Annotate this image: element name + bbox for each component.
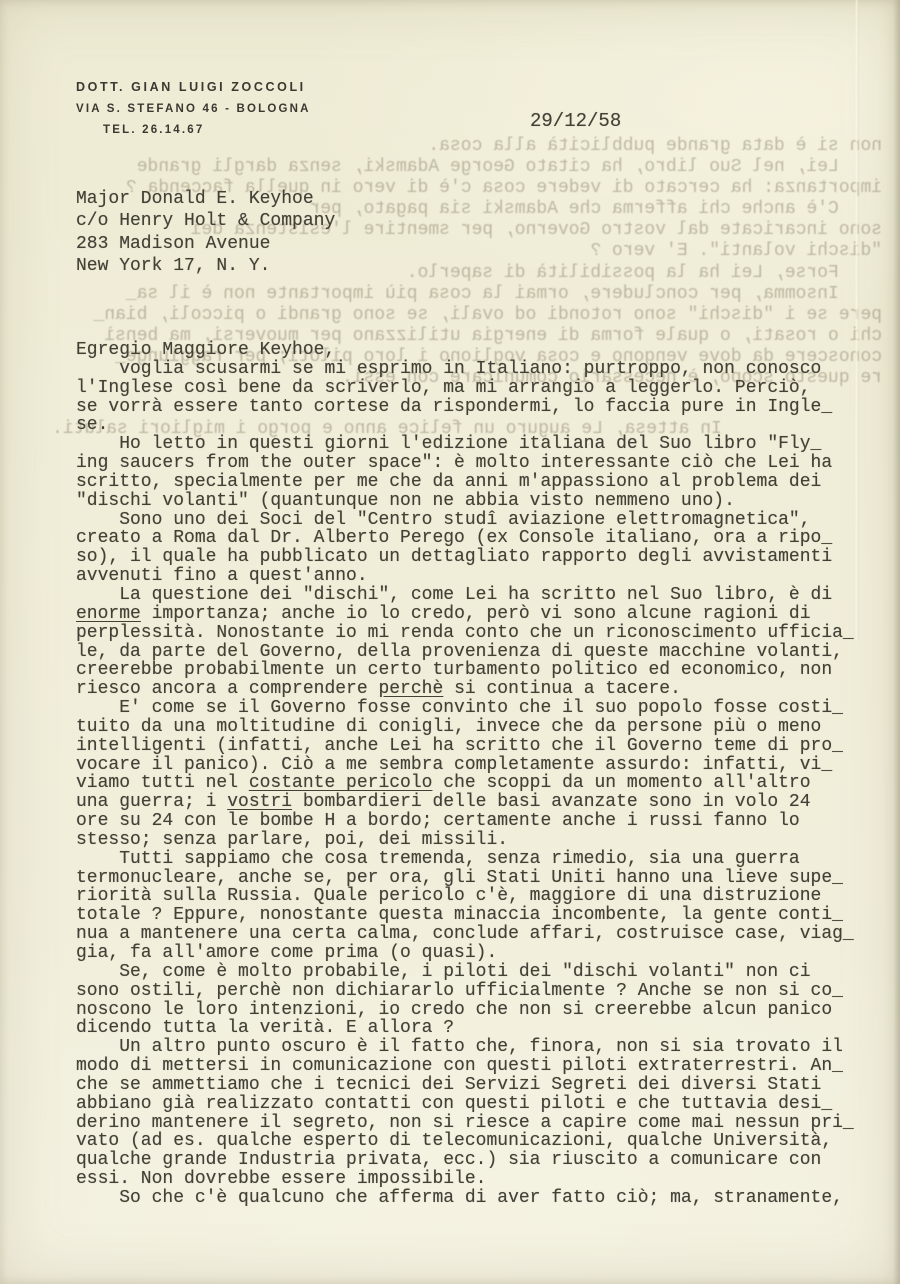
letterhead-address: VIA S. STEFANO 46 - BOLOGNA (76, 103, 311, 115)
text-line: sono ostili, perchè non dichiararlo uffi… (76, 982, 854, 1001)
text-line: essi. Non dovrebbe essere impossibile. (76, 1170, 854, 1189)
text-line: totale ? Eppure, nonostante questa minac… (76, 906, 854, 925)
letterhead-name: DOTT. GIAN LUIGI ZOCCOLI (76, 80, 311, 94)
text-line: E' come se il Governo fosse convinto che… (76, 699, 854, 718)
text-line: "dischi volanti" (quantunque non ne abbi… (76, 492, 854, 511)
text-line: voglia scusarmi se mi esprimo in Italian… (76, 360, 854, 379)
text-line: qualche grande Industria privata, ecc.) … (76, 1151, 854, 1170)
text-line: Major Donald E. Keyhoe (76, 188, 335, 210)
text-line: Ho letto in questi giorni l'edizione ita… (76, 435, 854, 454)
text-line: modo di mettersi in comunicazione con qu… (76, 1057, 854, 1076)
text-line: nua a mantenere una certa calma, conclud… (76, 925, 854, 944)
text-line: termonucleare, anche se, per ora, gli St… (76, 869, 854, 888)
letterhead: DOTT. GIAN LUIGI ZOCCOLI VIA S. STEFANO … (76, 80, 311, 136)
text-line: le, da parte del Governo, della provenie… (76, 643, 854, 662)
text-line: ing saucers from the outer space": è mol… (76, 454, 854, 473)
text-line: Tutti sappiamo che cosa tremenda, senza … (76, 850, 854, 869)
text-line: che se ammettiamo che i tecnici dei Serv… (76, 1076, 854, 1095)
text-line: creerebbe probabilmente un certo turbame… (76, 661, 854, 680)
text-line: riesco ancora a comprendere perchè si co… (76, 680, 854, 699)
text-line: non si è data grande pubblicità alla cos… (62, 136, 882, 157)
text-line: gia, fa all'amore come prima (o quasi). (76, 944, 854, 963)
text-line: avvenuti fino a quest'anno. (76, 567, 854, 586)
text-line: l'Inglese così bene da scriverlo, ma mi … (76, 379, 854, 398)
text-line: creato a Roma dal Dr. Alberto Perego (ex… (76, 529, 854, 548)
recipient-address: Major Donald E. Keyhoec/o Henry Holt & C… (76, 188, 335, 277)
letter-page: non si è data grande pubblicità alla cos… (0, 0, 900, 1284)
text-line: viamo tutti nel costante pericolo che sc… (76, 774, 854, 793)
letter-body: Egregio Maggiore Keyhoe, voglia scusarmi… (76, 341, 854, 1208)
text-line: vocare il panico). Ciò a me sembra compl… (76, 756, 854, 775)
paper-edge-shadow (893, 0, 900, 1284)
letterhead-phone: TEL. 26.14.67 (103, 124, 311, 136)
text-line: se vorrà essere tanto cortese da rispond… (76, 398, 854, 417)
text-line: Un altro punto oscuro è il fatto che, fi… (76, 1038, 854, 1057)
paper-crease (855, 0, 859, 640)
text-line: derino mantenere il segreto, non si ries… (76, 1114, 854, 1133)
text-line: 283 Madison Avenue (76, 233, 335, 255)
text-line: enorme importanza; anche io lo credo, pe… (76, 605, 854, 624)
text-line: una guerra; i vostri bombardieri delle b… (76, 793, 854, 812)
text-line: c/o Henry Holt & Company (76, 210, 335, 232)
text-line: dicendo tutta la verità. E allora ? (76, 1019, 854, 1038)
text-line: intelligenti (infatti, anche Lei ha scri… (76, 737, 854, 756)
text-line: so), il quale ha pubblicato un dettaglia… (76, 548, 854, 567)
text-line: tuito da una moltitudine di conigli, inv… (76, 718, 854, 737)
text-line: se. (76, 416, 854, 435)
text-line: noscono le loro intenzioni, io credo che… (76, 1001, 854, 1020)
text-line: Sono uno dei Soci del "Centro studî avia… (76, 511, 854, 530)
text-line: ore su 24 con le bombe H a bordo; certam… (76, 812, 854, 831)
text-line: riorità sulla Russia. Quale pericolo c'è… (76, 887, 854, 906)
text-line: scritto, specialmente per me che da anni… (76, 473, 854, 492)
text-line: perplessità. Nonostante io mi renda cont… (76, 624, 854, 643)
text-line: stesso; senza parlare, poi, dei missili. (76, 831, 854, 850)
text-line: abbiano già realizzato contatti con ques… (76, 1095, 854, 1114)
text-line: Insomma, per concludere, ormai la cosa p… (62, 284, 882, 305)
text-line: La questione dei "dischi", come Lei ha s… (76, 586, 854, 605)
text-line: Egregio Maggiore Keyhoe, (76, 341, 854, 360)
text-line: So che c'è qualcuno che afferma di aver … (76, 1189, 854, 1208)
text-line: Se, come è molto probabile, i piloti dei… (76, 963, 854, 982)
text-line: pere se i "dischi" sono rotondi od ovali… (62, 305, 882, 326)
text-line: Lei, nel Suo libro, ha citato George Ada… (62, 157, 882, 178)
text-line: vato (ad es. qualche esperto di telecomu… (76, 1132, 854, 1151)
text-line: New York 17, N. Y. (76, 255, 335, 277)
letter-date: 29/12/58 (530, 110, 621, 132)
